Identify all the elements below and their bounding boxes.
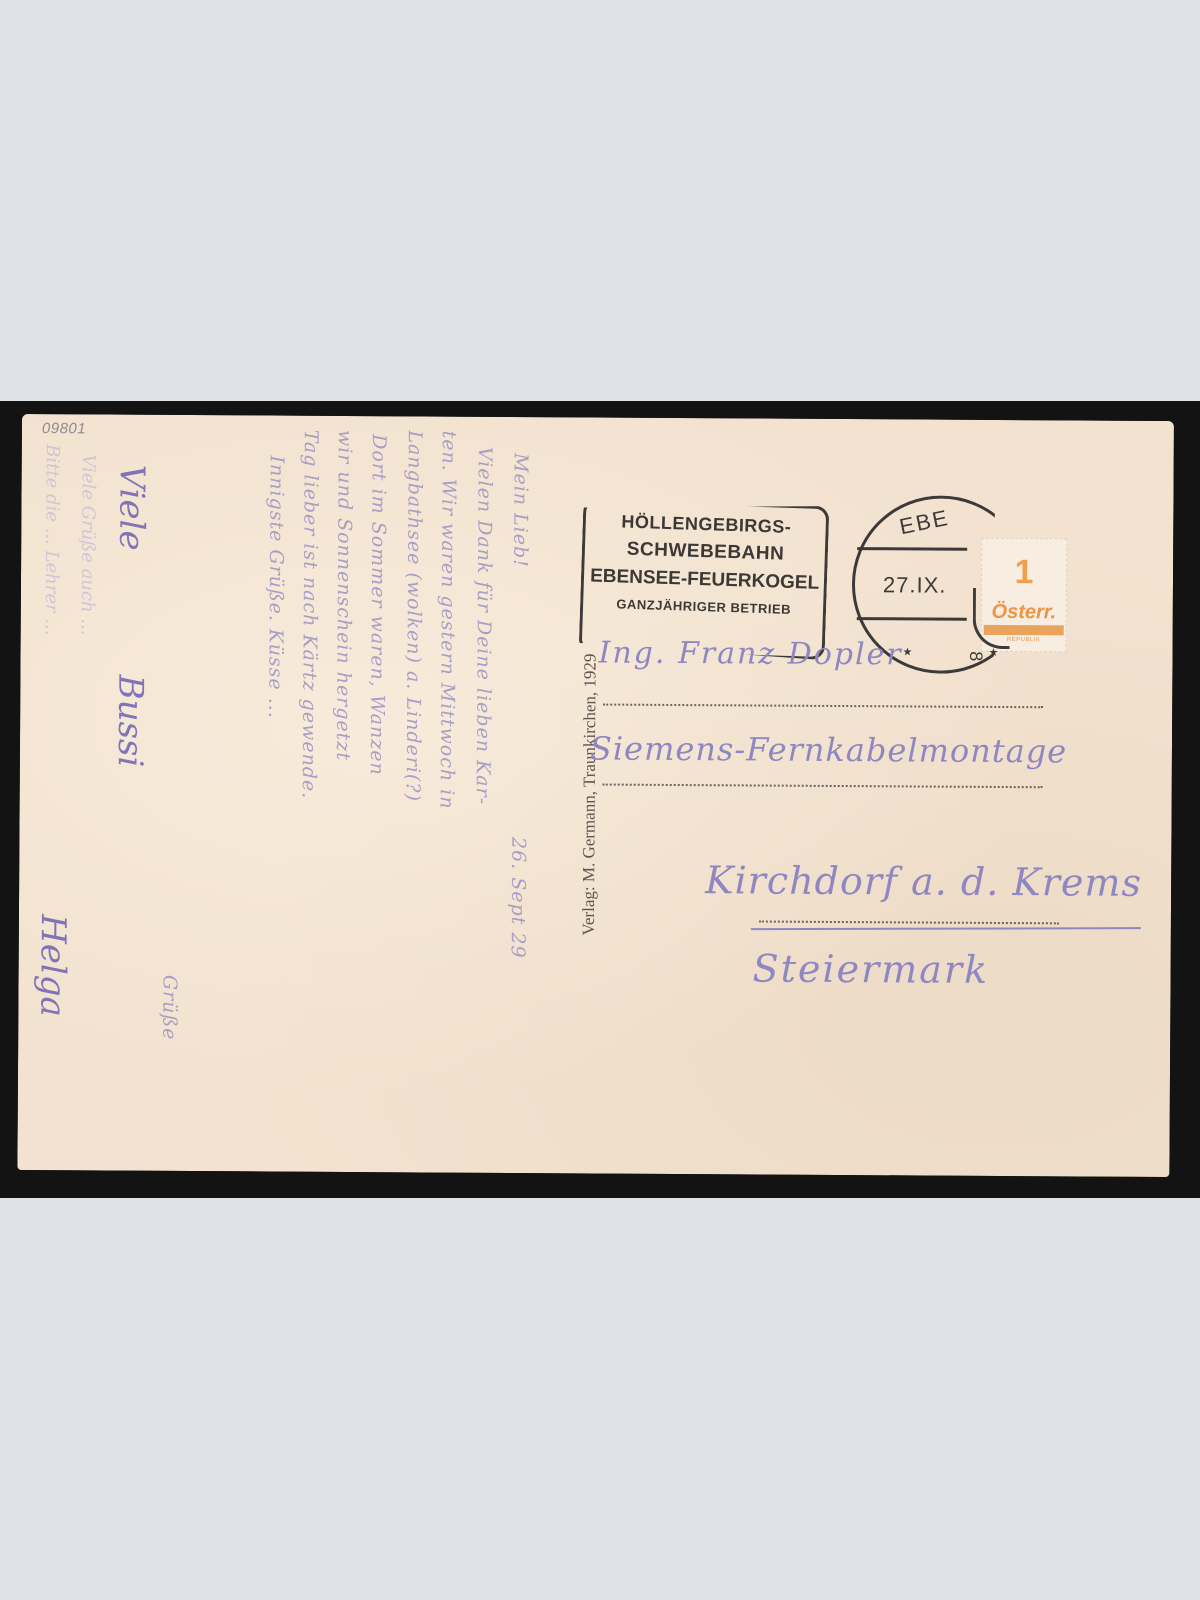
postmark-date: 27.IX. <box>883 572 947 598</box>
address-line-2: Siemens-Fernkabelmontage <box>590 729 1067 770</box>
postmark-code: 8 <box>965 651 986 661</box>
message-line: Innigste Grüße. Küsse ... <box>264 455 288 718</box>
signature-viele: Viele <box>111 465 152 551</box>
slogan-cancellation-text: HÖLLENGEBIRGS- SCHWEBEBAHN EBENSEE-FEUER… <box>585 506 824 624</box>
address-line-4: Steiermark <box>752 946 989 991</box>
message-line: Tag lieber ist nach Kärtz gewende. <box>298 430 322 800</box>
message-line: ten. Wir waren gestern Mittwoch in <box>436 431 460 810</box>
postmark-star-icon: ★ <box>903 645 913 658</box>
address-dotted-line <box>603 784 1043 789</box>
message-line: Langbathsee (wolken) a. Linderi(?) <box>402 430 426 802</box>
message-date: 26. Sept 29 <box>507 837 530 959</box>
signature-helga: Helga <box>32 914 73 1017</box>
message-line: Grüße <box>158 975 180 1041</box>
margin-note: Bitte die ... Lehrer ... <box>41 444 63 635</box>
postcard-back: 09801 Mein Lieb! 26. Sept 29 Vielen Dank… <box>17 414 1174 1177</box>
address-underline <box>751 927 1141 930</box>
signature-bussi: Bussi <box>110 675 151 768</box>
address-line-1: Ing. Franz Dopler <box>598 636 902 673</box>
reference-number: 09801 <box>42 420 86 437</box>
margin-note: Viele Grüße auch ... <box>77 454 99 635</box>
message-line: Dort im Sommer waren, Wanzen <box>366 434 390 776</box>
address-dotted-line <box>759 921 1059 925</box>
message-greeting: Mein Lieb! <box>509 453 532 568</box>
message-line: wir und Sonnenschein hergetzt <box>332 430 356 761</box>
address-dotted-line <box>603 704 1043 709</box>
message-line: Vielen Dank für Deine lieben Kar- <box>472 447 496 805</box>
address-line-3: Kirchdorf a. d. Krems <box>705 858 1142 905</box>
stamp-value: 1 <box>986 553 1062 592</box>
